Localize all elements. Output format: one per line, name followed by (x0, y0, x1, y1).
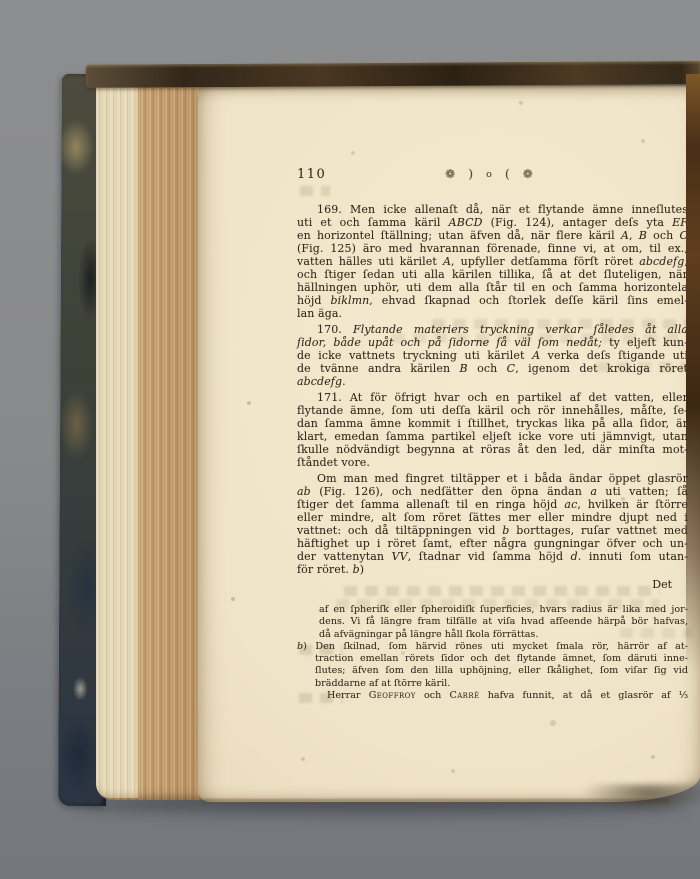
text-line: dan ſamma ämne kommit i ſtillhet, trycka… (297, 417, 688, 430)
text-line: 170. Flytande materiers tryckning verkar… (297, 323, 688, 336)
text-line: ſtiger det ſamma allenaſt til en ringa h… (297, 498, 688, 511)
paragraph: af en ſpheriſk eller ſpheroidiſk ſuperfi… (297, 604, 688, 641)
header-ornament: ❁ ) o ( ❁ (445, 166, 533, 181)
text-line: för röret. b) (297, 563, 688, 576)
text-line: ſidor, både upåt och på ſidorne ſå väl ſ… (297, 336, 688, 349)
text-line: ſtåndet vore. (297, 456, 688, 469)
text-line: bräddarne af at ſtörre käril. (297, 678, 688, 690)
foxing-speckles (0, 0, 2, 2)
text-line: abcdefg. (297, 375, 688, 388)
text-line: de tvänne andra kärilen B och C, igenom … (297, 362, 688, 375)
paragraph: Herrar Geoffroy och Carré hafva funnit, … (297, 690, 688, 702)
page-curl-shadow (556, 784, 700, 812)
text-line: traction emellan rörets ſidor och det fl… (297, 653, 688, 665)
catchword: Det (297, 578, 688, 591)
ornament-flower-right-icon: ❁ (523, 167, 533, 181)
body-text: 169. Men icke allenaſt då, när et flytan… (297, 203, 688, 576)
book-right-cover-edge (686, 74, 700, 674)
text-line: hällningen uphör, uti dem alla ſtår til … (297, 281, 688, 294)
text-line: klart, emedan ſamma partikel eljeſt icke… (297, 430, 688, 443)
ornament-circle: o (486, 169, 492, 180)
paragraph: 171. At för öfrigt hvar och en partikel … (297, 391, 688, 469)
ornament-flower-left-icon: ❁ (445, 167, 455, 181)
text-line: vattnet: och då tiltäppningen vid b bort… (297, 524, 688, 537)
text-line: 171. At för öfrigt hvar och en partikel … (297, 391, 688, 404)
text-line: ſkulle nödvändigt begynna at röras åt de… (297, 443, 688, 456)
text-line: ſlutes; äfven ſom den lilla uphöjning, e… (297, 665, 688, 677)
text-line: uti et och ſamma käril ABCD (Fig. 124), … (297, 216, 688, 229)
text-line: vatten hälles uti kärilet A, upfyller de… (297, 255, 688, 268)
text-line: dens. Vi få längre fram tilfälle at viſa… (297, 616, 688, 628)
text-line: Om man med fingret tiltäpper et i båda ä… (297, 472, 688, 485)
text-line: af en ſpheriſk eller ſpheroidiſk ſuperfi… (297, 604, 688, 616)
text-line: då afvägningar på längre håll ſkola förr… (297, 629, 688, 641)
paragraph: 169. Men icke allenaſt då, när et flytan… (297, 203, 688, 320)
text-line: de icke vattnets tryckning uti kärilet A… (297, 349, 688, 362)
ornament-paren-open: ( (505, 166, 510, 181)
text-line: lan äga. (297, 307, 688, 320)
text-line: och ſtiger ſedan uti alla kärilen tillik… (297, 268, 688, 281)
text-line: 169. Men icke allenaſt då, när et flytan… (297, 203, 688, 216)
page-text: 110 ❁ ) o ( ❁ 169. Men icke allenaſt då,… (297, 167, 688, 702)
paragraph: 170. Flytande materiers tryckning verkar… (297, 323, 688, 388)
text-line: häftighet up i röret ſamt, efter några g… (297, 537, 688, 550)
text-line: (Fig. 125) äro med hvarannan förenade, f… (297, 242, 688, 255)
text-line: der vattenytan VV, ſtadnar vid ſamma höj… (297, 550, 688, 563)
photo-background: 110 ❁ ) o ( ❁ 169. Men icke allenaſt då,… (0, 0, 700, 879)
page-number: 110 (297, 167, 326, 182)
text-line: höjd biklmn, ehvad ſkapnad och ſtorlek d… (297, 294, 688, 307)
text-line: flytande ämne, ſom uti deſſa käril och r… (297, 404, 688, 417)
fore-edge-inner-leaves (96, 84, 138, 798)
paragraph: Om man med fingret tiltäpper et i båda ä… (297, 472, 688, 576)
text-line: en horizontel ſtällning; utan äfven då, … (297, 229, 688, 242)
text-line: b) Den ſkilnad, ſom härvid rönes uti myc… (297, 641, 688, 653)
paragraph: b) Den ſkilnad, ſom härvid rönes uti myc… (297, 641, 688, 690)
book-top-edge (86, 61, 700, 88)
text-line: ab (Fig. 126), och nedſätter den öpna än… (297, 485, 688, 498)
footnote-section: af en ſpheriſk eller ſpheroidiſk ſuperfi… (297, 604, 688, 702)
text-line: eller mindre, alt ſom röret ſättes mer e… (297, 511, 688, 524)
page-header: 110 ❁ ) o ( ❁ (297, 167, 688, 184)
ornament-paren-close: ) (468, 166, 473, 181)
text-line: Herrar Geoffroy och Carré hafva funnit, … (297, 690, 688, 702)
